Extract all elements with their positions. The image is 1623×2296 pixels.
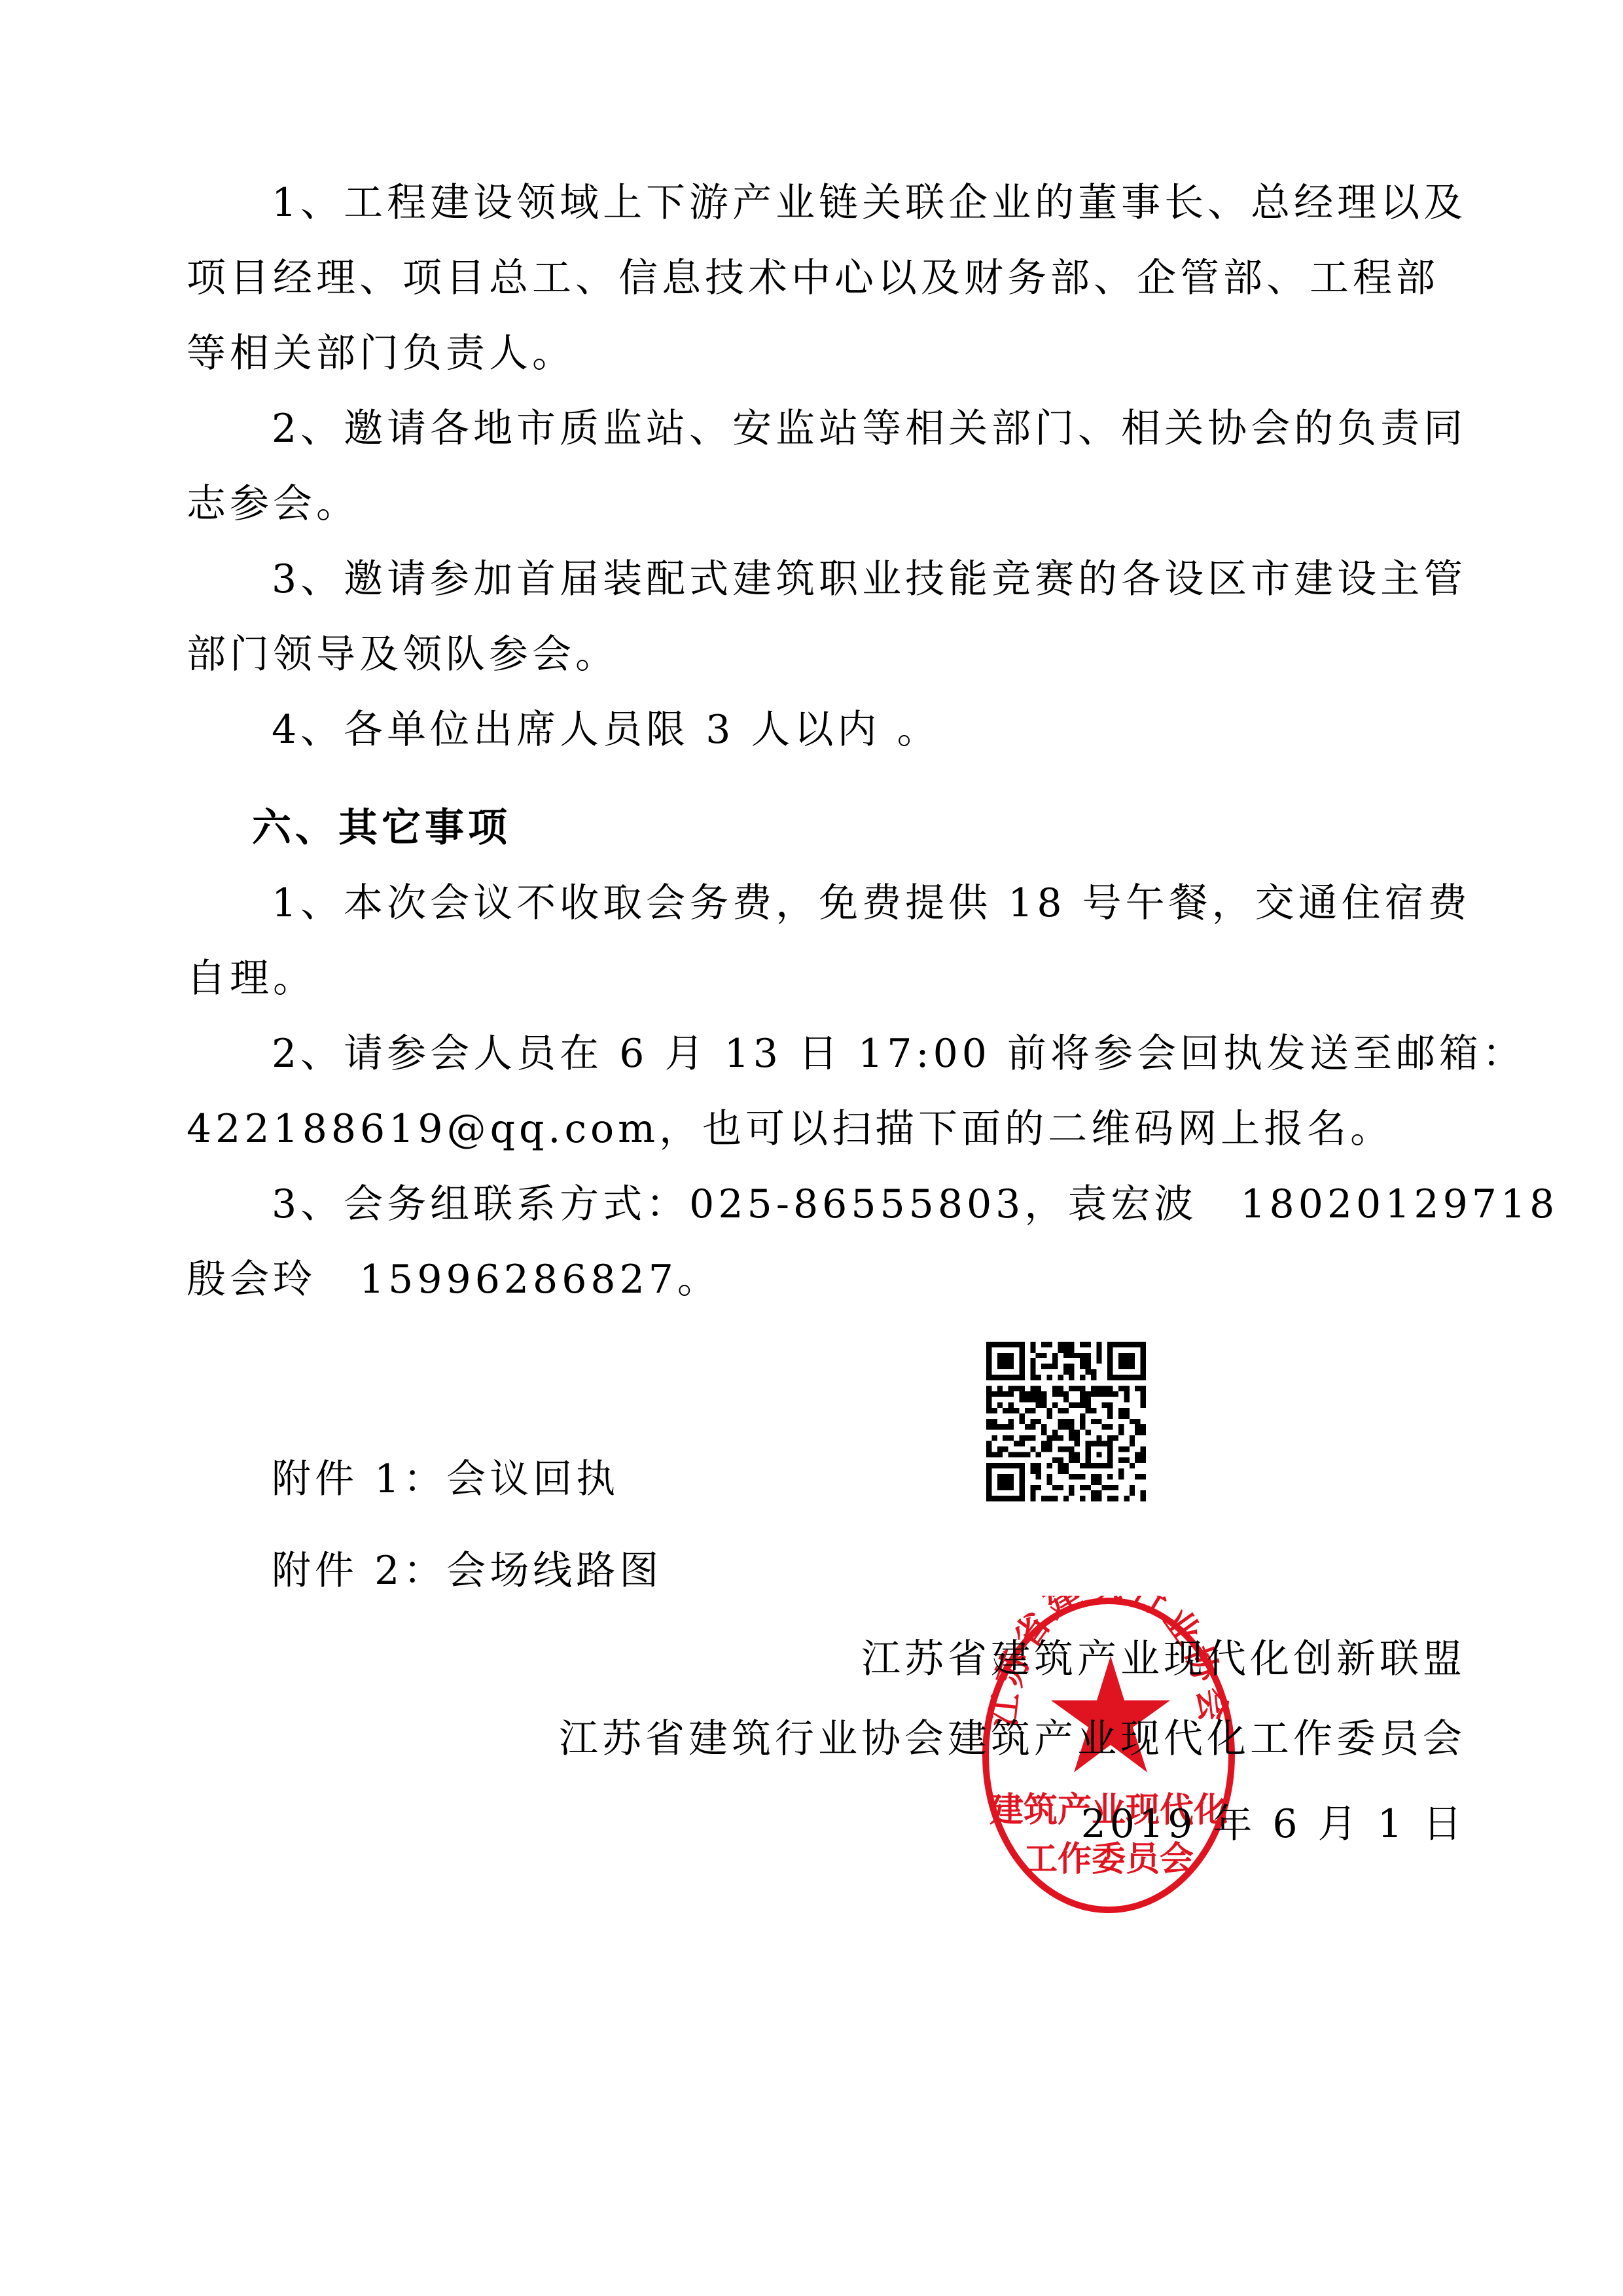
paragraph-line: 2、邀请各地市质监站、安监站等相关部门、相关协会的负责同 — [272, 406, 1467, 452]
qr-code[interactable] — [986, 1342, 1146, 1501]
paragraph-line: 项目经理、项目总工、信息技术中心以及财务部、企管部、工程部 — [187, 255, 1439, 301]
signature-org-2: 江苏省建筑行业协会建筑产业现代化工作委员会 — [559, 1716, 1466, 1762]
paragraph-line: 1、工程建设领域上下游产业链关联企业的董事长、总经理以及 — [272, 180, 1467, 226]
contact-line: 殷会玲 15996286827。 — [187, 1257, 721, 1302]
paragraph-line: 等相关部门负责人。 — [187, 331, 575, 376]
email-line: 422188619@qq.com，也可以扫描下面的二维码网上报名。 — [187, 1106, 1393, 1152]
paragraph-line: 1、本次会议不收取会务费，免费提供 18 号午餐，交通住宿费 — [272, 880, 1471, 926]
paragraph-line: 3、邀请参加首届装配式建筑职业技能竞赛的各设区市建设主管 — [272, 556, 1467, 602]
section-heading: 六、其它事项 — [252, 805, 511, 851]
attachment-1[interactable]: 附件 1：会议回执 — [272, 1456, 619, 1502]
attachment-2[interactable]: 附件 2：会场线路图 — [272, 1548, 662, 1594]
signature-org-1: 江苏省建筑产业现代化创新联盟 — [861, 1636, 1466, 1682]
paragraph-line: 2、请参会人员在 6 月 13 日 17:00 前将参会回执发送至邮箱： — [272, 1031, 1525, 1077]
paragraph-line: 部门领导及领队参会。 — [187, 632, 618, 677]
qr-code-icon — [986, 1342, 1146, 1501]
document-page: 1、工程建设领域上下游产业链关联企业的董事长、总经理以及 项目经理、项目总工、信… — [0, 0, 1623, 2296]
paragraph-line: 志参会。 — [187, 481, 359, 527]
paragraph-line: 4、各单位出席人员限 3 人以内 。 — [272, 707, 940, 753]
contact-line: 3、会务组联系方式：025-86555803，袁宏波 18020129718 — [272, 1181, 1558, 1227]
signature-date: 2019 年 6 月 1 日 — [1081, 1801, 1466, 1847]
paragraph-line: 自理。 — [187, 956, 316, 1001]
